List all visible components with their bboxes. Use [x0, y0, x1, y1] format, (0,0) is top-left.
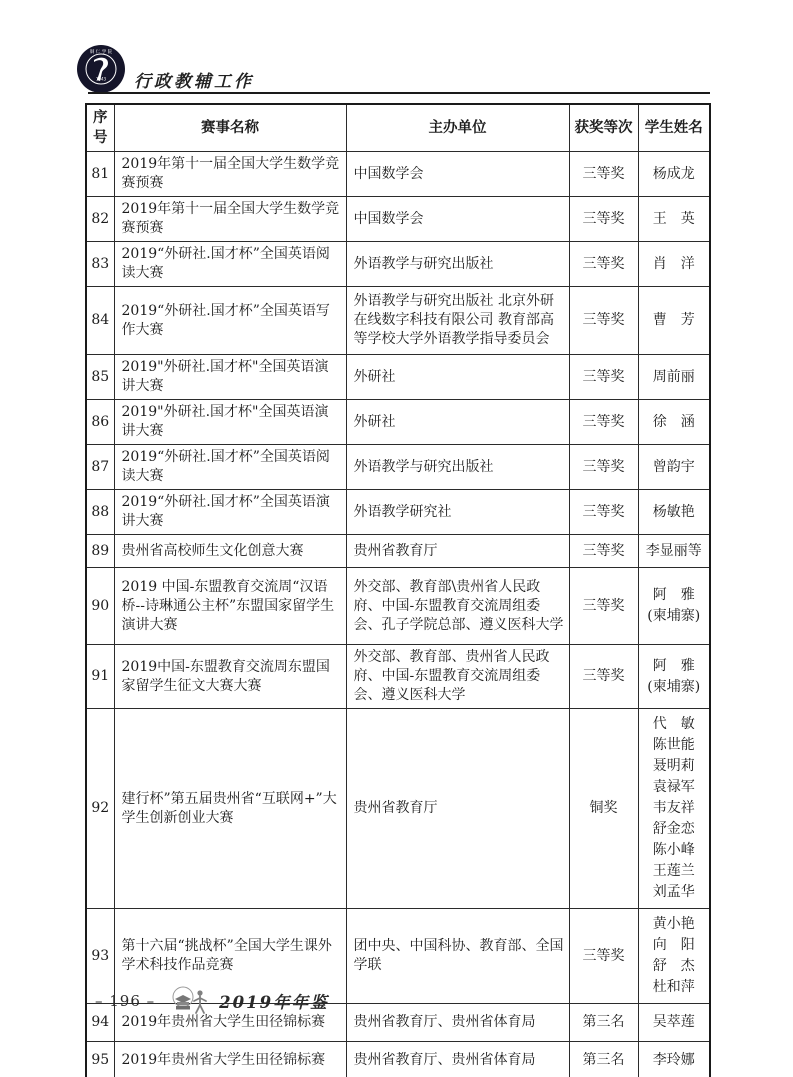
cell-student: 代 敏 陈世能 聂明莉 袁禄军 韦友祥 舒金恋 陈小峰 王莲兰 刘孟华 — [638, 709, 710, 909]
table-row: 92 建行杯”第五届贵州省“互联网+”大学生创新创业大赛 贵州省教育厅 铜奖 代… — [86, 709, 710, 909]
table-header-row: 序 号 赛事名称 主办单位 获奖等次 学生姓名 — [86, 104, 710, 152]
yearbook-page: 1943 铜 仁 学 院 行政教辅工作 序 号 赛事名称 主办单位 获奖等次 学… — [0, 0, 793, 1077]
cell-no: 86 — [86, 400, 114, 445]
cell-award: 三等奖 — [569, 287, 638, 355]
cell-organizer: 贵州省教育厅、贵州省体育局 — [346, 1004, 569, 1042]
cell-event: 2019“外研社.国才杯”全国英语写作大赛 — [114, 287, 346, 355]
cell-student: 徐 涵 — [638, 400, 710, 445]
cell-no: 87 — [86, 445, 114, 490]
col-header-award: 获奖等次 — [569, 104, 638, 152]
cell-award: 三等奖 — [569, 400, 638, 445]
page-header: 1943 铜 仁 学 院 行政教辅工作 — [76, 44, 254, 94]
cell-no: 82 — [86, 197, 114, 242]
cell-award: 第三名 — [569, 1004, 638, 1042]
cell-organizer: 外研社 — [346, 400, 569, 445]
cell-award: 三等奖 — [569, 568, 638, 645]
cell-award: 三等奖 — [569, 535, 638, 568]
table-row: 81 2019年第十一届全国大学生数学竞赛预赛 中国数学会 三等奖 杨成龙 — [86, 152, 710, 197]
cell-no: 85 — [86, 355, 114, 400]
cell-award: 铜奖 — [569, 709, 638, 909]
cell-event: 2019“外研社.国才杯”全国英语演讲大赛 — [114, 490, 346, 535]
cell-student: 杨成龙 — [638, 152, 710, 197]
cell-organizer: 中国数学会 — [346, 152, 569, 197]
col-header-student: 学生姓名 — [638, 104, 710, 152]
svg-text:铜 仁 学 院: 铜 仁 学 院 — [90, 48, 113, 55]
col-header-no: 序 号 — [86, 104, 114, 152]
table-row: 84 2019“外研社.国才杯”全国英语写作大赛 外语教学与研究出版社 北京外研… — [86, 287, 710, 355]
cell-event: 2019“外研社.国才杯”全国英语阅读大赛 — [114, 445, 346, 490]
cell-no: 88 — [86, 490, 114, 535]
cell-organizer: 中国数学会 — [346, 197, 569, 242]
cell-student: 阿 雅 (柬埔寨) — [638, 645, 710, 709]
col-header-organizer: 主办单位 — [346, 104, 569, 152]
cell-organizer: 外交部、教育部、贵州省人民政府、中国-东盟教育交流周组委会、遵义医科大学 — [346, 645, 569, 709]
cell-award: 三等奖 — [569, 490, 638, 535]
cell-event: 贵州省高校师生文化创意大赛 — [114, 535, 346, 568]
cell-organizer: 外语教学与研究出版社 北京外研在线数字科技有限公司 教育部高等学校大学外语教学指… — [346, 287, 569, 355]
cell-student: 曾韵宇 — [638, 445, 710, 490]
cell-event: 2019年第十一届全国大学生数学竞赛预赛 — [114, 152, 346, 197]
table-row: 88 2019“外研社.国才杯”全国英语演讲大赛 外语教学研究社 三等奖 杨敏艳 — [86, 490, 710, 535]
cell-no: 89 — [86, 535, 114, 568]
cell-award: 三等奖 — [569, 645, 638, 709]
cell-organizer: 贵州省教育厅 — [346, 709, 569, 909]
col-header-event: 赛事名称 — [114, 104, 346, 152]
cell-award: 三等奖 — [569, 197, 638, 242]
yearbook-label: 2019年年鉴 — [219, 989, 328, 1013]
svg-text:1943: 1943 — [96, 77, 107, 82]
table-row: 87 2019“外研社.国才杯”全国英语阅读大赛 外语教学与研究出版社 三等奖 … — [86, 445, 710, 490]
cell-event: 2019“外研社.国才杯”全国英语阅读大赛 — [114, 242, 346, 287]
cell-student: 吴萃莲 — [638, 1004, 710, 1042]
cell-student: 李玲娜 — [638, 1042, 710, 1077]
cell-event: 建行杯”第五届贵州省“互联网+”大学生创新创业大赛 — [114, 709, 346, 909]
cell-student: 王 英 — [638, 197, 710, 242]
awards-table: 序 号 赛事名称 主办单位 获奖等次 学生姓名 81 2019年第十一届全国大学… — [85, 103, 711, 1077]
table-row: 91 2019中国-东盟教育交流周东盟国家留学生征文大赛大赛 外交部、教育部、贵… — [86, 645, 710, 709]
cell-organizer: 外交部、教育部\贵州省人民政府、中国-东盟教育交流周组委会、孔子学院总部、遵义医… — [346, 568, 569, 645]
cell-student: 黄小艳 向 阳 舒 杰 杜和萍 — [638, 909, 710, 1004]
table-row: 86 2019"外研社.国才杯"全国英语演讲大赛 外研社 三等奖 徐 涵 — [86, 400, 710, 445]
cell-no: 92 — [86, 709, 114, 909]
header-rule — [88, 92, 710, 94]
cell-no: 95 — [86, 1042, 114, 1077]
cell-award: 第三名 — [569, 1042, 638, 1077]
cell-student: 曹 芳 — [638, 287, 710, 355]
cell-event: 2019年贵州省大学生田径锦标赛 — [114, 1042, 346, 1077]
cell-no: 83 — [86, 242, 114, 287]
table-row: 85 2019"外研社.国才杯"全国英语演讲大赛 外研社 三等奖 周前丽 — [86, 355, 710, 400]
cell-organizer: 团中央、中国科协、教育部、全国学联 — [346, 909, 569, 1004]
cell-organizer: 贵州省教育厅、贵州省体育局 — [346, 1042, 569, 1077]
table-row: 95 2019年贵州省大学生田径锦标赛 贵州省教育厅、贵州省体育局 第三名 李玲… — [86, 1042, 710, 1077]
cell-event: 2019年第十一届全国大学生数学竞赛预赛 — [114, 197, 346, 242]
cell-student: 杨敏艳 — [638, 490, 710, 535]
cell-student: 肖 洋 — [638, 242, 710, 287]
table-row: 89 贵州省高校师生文化创意大赛 贵州省教育厅 三等奖 李显丽等 — [86, 535, 710, 568]
yearbook-emblem-icon — [169, 985, 213, 1017]
university-seal-icon: 1943 铜 仁 学 院 — [76, 44, 126, 94]
page-number: – 196 – — [95, 992, 155, 1010]
table-row: 82 2019年第十一届全国大学生数学竞赛预赛 中国数学会 三等奖 王 英 — [86, 197, 710, 242]
page-footer: – 196 – 2019年年鉴 — [95, 985, 329, 1017]
cell-organizer: 外语教学与研究出版社 — [346, 242, 569, 287]
cell-student: 阿 雅 (柬埔寨) — [638, 568, 710, 645]
cell-organizer: 外研社 — [346, 355, 569, 400]
section-title: 行政教辅工作 — [134, 67, 254, 92]
table-row: 83 2019“外研社.国才杯”全国英语阅读大赛 外语教学与研究出版社 三等奖 … — [86, 242, 710, 287]
cell-award: 三等奖 — [569, 152, 638, 197]
cell-student: 周前丽 — [638, 355, 710, 400]
cell-no: 81 — [86, 152, 114, 197]
cell-event: 2019 中国-东盟教育交流周“汉语桥--诗琳通公主杯”东盟国家留学生演讲大赛 — [114, 568, 346, 645]
cell-event: 2019"外研社.国才杯"全国英语演讲大赛 — [114, 355, 346, 400]
cell-event: 2019"外研社.国才杯"全国英语演讲大赛 — [114, 400, 346, 445]
cell-award: 三等奖 — [569, 909, 638, 1004]
cell-award: 三等奖 — [569, 445, 638, 490]
cell-no: 90 — [86, 568, 114, 645]
cell-award: 三等奖 — [569, 355, 638, 400]
cell-organizer: 贵州省教育厅 — [346, 535, 569, 568]
cell-event: 2019中国-东盟教育交流周东盟国家留学生征文大赛大赛 — [114, 645, 346, 709]
cell-organizer: 外语教学研究社 — [346, 490, 569, 535]
cell-student: 李显丽等 — [638, 535, 710, 568]
table-row: 90 2019 中国-东盟教育交流周“汉语桥--诗琳通公主杯”东盟国家留学生演讲… — [86, 568, 710, 645]
cell-no: 91 — [86, 645, 114, 709]
cell-award: 三等奖 — [569, 242, 638, 287]
cell-no: 84 — [86, 287, 114, 355]
cell-organizer: 外语教学与研究出版社 — [346, 445, 569, 490]
